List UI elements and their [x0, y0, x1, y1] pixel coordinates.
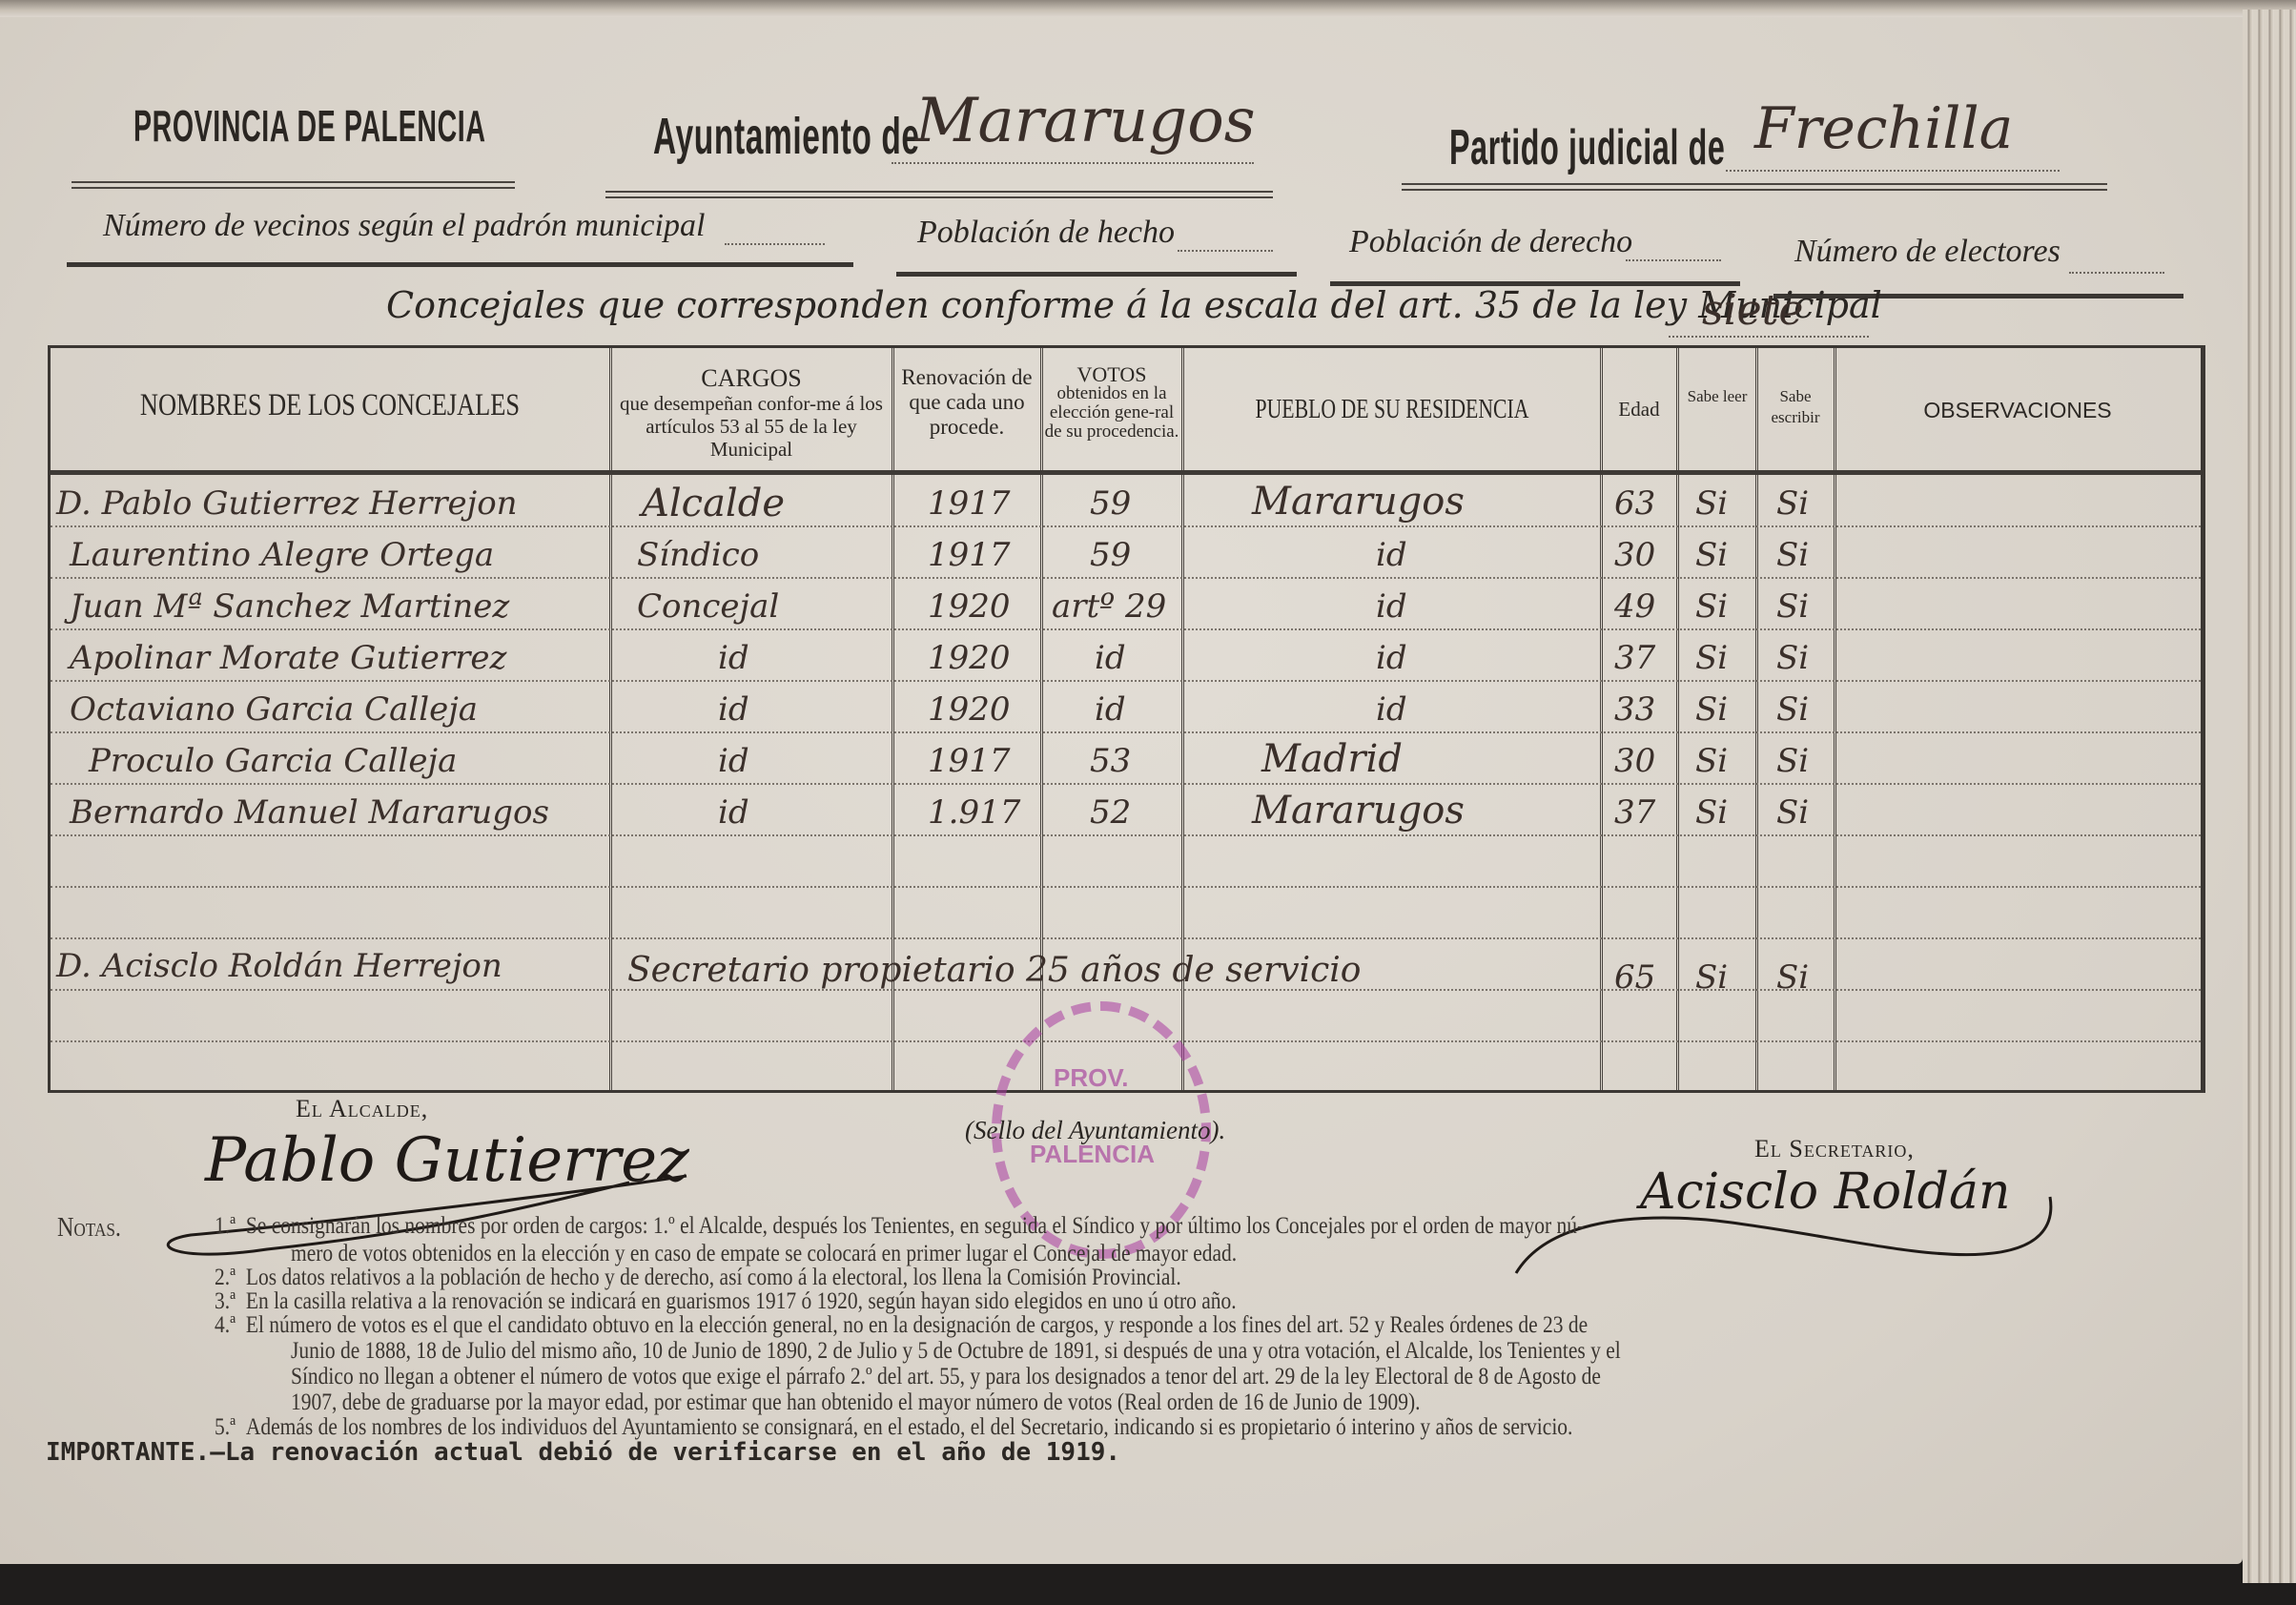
alcalde-label: El Alcalde, — [296, 1095, 428, 1123]
col-divider — [1834, 348, 1836, 1090]
header-edad: Edad — [1603, 398, 1675, 422]
cell-leer: Si — [1695, 690, 1728, 729]
electores-field — [2069, 272, 2164, 274]
row-line — [51, 731, 2201, 733]
sello-label: (Sello del Ayuntamiento). — [965, 1116, 1225, 1145]
cell-renovacion: 1.917 — [928, 793, 1020, 832]
ayuntamiento-underline — [605, 191, 1273, 198]
header-observaciones: OBSERVACIONES — [1836, 398, 2199, 423]
cell-edad: 30 — [1614, 742, 1655, 780]
vecinos-rule — [67, 262, 853, 267]
header-nombres: NOMBRES DE LOS CONCEJALES — [107, 388, 554, 423]
derecho-label: Población de derecho — [1349, 224, 1632, 260]
partido-value: Frechilla — [1754, 95, 2013, 162]
note-text: Además de los nombres de los individuos … — [246, 1414, 1573, 1440]
note-number: 3.ª — [215, 1288, 236, 1314]
note-line: 1907, debe de graduarse por la mayor eda… — [291, 1389, 1421, 1416]
concejales-value: siete — [1702, 286, 1803, 335]
cell-nombre: Laurentino Alegre Ortega — [70, 536, 494, 574]
note-number: 4.ª — [215, 1312, 236, 1338]
cell-secretario-leer: Si — [1695, 958, 1728, 997]
stamp-text-top: PROV. — [1054, 1063, 1129, 1093]
note-line: 1.ª Se consignarán los nombres por orden… — [215, 1213, 1584, 1240]
hecho-rule — [896, 272, 1297, 277]
note-text: En la casilla relativa a la renovación s… — [246, 1288, 1237, 1314]
province-underline — [72, 181, 515, 189]
cell-renovacion: 1917 — [928, 484, 1011, 523]
note-number: 1.ª — [215, 1213, 236, 1239]
header-leer: Sabe leer — [1679, 386, 1755, 407]
cell-votos: id — [1095, 639, 1126, 677]
cell-renovacion: 1920 — [928, 587, 1011, 626]
cell-votos: 59 — [1090, 536, 1131, 574]
row-line — [51, 577, 2201, 579]
cell-leer: Si — [1695, 484, 1728, 523]
cell-votos: 53 — [1090, 742, 1131, 780]
cell-secretario-escribir: Si — [1776, 958, 1809, 997]
important-label: IMPORTANTE. — [46, 1438, 210, 1467]
note-number: 5.ª — [215, 1414, 236, 1440]
col-divider — [1676, 348, 1679, 1090]
row-line — [51, 525, 2201, 527]
note-text: Los datos relativos a la población de he… — [246, 1265, 1181, 1290]
cell-renovacion: 1917 — [928, 742, 1011, 780]
ayuntamiento-dots — [892, 162, 1254, 164]
header-votos-title: VOTOS — [1044, 365, 1179, 384]
note-line: 5.ª Además de los nombres de los individ… — [215, 1414, 1572, 1441]
cell-leer: Si — [1695, 536, 1728, 574]
cell-secretario-texto: Secretario propietario 25 años de servic… — [627, 951, 1361, 990]
concejales-dots — [1669, 336, 1869, 338]
header-separator — [51, 470, 2201, 475]
cell-cargo: id — [718, 742, 749, 780]
note-line: Junio de 1888, 18 de Julio del mismo año… — [291, 1338, 1621, 1365]
cell-nombre: Bernardo Manuel Mararugos — [70, 793, 549, 832]
cell-escribir: Si — [1776, 690, 1809, 729]
vecinos-label: Número de vecinos según el padrón munici… — [103, 208, 705, 244]
cell-edad: 37 — [1614, 793, 1655, 832]
hecho-field — [1178, 250, 1273, 252]
cell-edad: 30 — [1614, 536, 1655, 574]
cell-nombre: Juan Mª Sanchez Martinez — [70, 587, 509, 626]
secretario-label: El Secretario, — [1754, 1135, 1915, 1163]
electores-label: Número de electores — [1794, 234, 2060, 270]
header-pueblo: PUEBLO DE SU RESIDENCIA — [1237, 394, 1548, 425]
cell-cargo: Alcalde — [642, 482, 785, 525]
row-line — [51, 886, 2201, 888]
ayuntamiento-value: Mararugos — [915, 86, 1256, 156]
cell-votos: artº 29 — [1052, 587, 1166, 626]
cell-votos: 59 — [1090, 484, 1131, 523]
cell-votos: 52 — [1090, 793, 1131, 832]
hecho-label: Población de hecho — [917, 215, 1175, 251]
important-note: IMPORTANTE.—La renovación actual debió d… — [46, 1438, 1120, 1467]
cell-cargo: Síndico — [637, 536, 759, 574]
row-line — [51, 834, 2201, 836]
cell-escribir: Si — [1776, 639, 1809, 677]
note-text: mero de votos obtenidos en la elección y… — [291, 1241, 1237, 1266]
cell-pueblo: id — [1376, 536, 1407, 574]
cell-edad: 33 — [1614, 690, 1655, 729]
cell-pueblo: id — [1376, 690, 1407, 729]
note-line: 4.ª El número de votos es el que el cand… — [215, 1312, 1588, 1339]
row-line — [51, 628, 2201, 630]
cell-nombre: Proculo Garcia Calleja — [89, 742, 457, 780]
cell-cargo: id — [718, 793, 749, 832]
page-top-edge — [0, 0, 2296, 17]
cell-pueblo: Mararugos — [1252, 480, 1465, 524]
cell-secretario-edad: 65 — [1614, 958, 1655, 997]
cell-leer: Si — [1695, 742, 1728, 780]
cell-cargo: Concejal — [637, 587, 779, 626]
col-divider — [609, 348, 612, 1090]
cell-renovacion: 1917 — [928, 536, 1011, 574]
header-votos: VOTOS obtenidos en la elección gene-ral … — [1044, 365, 1179, 442]
derecho-field — [1626, 259, 1721, 261]
row-line — [51, 680, 2201, 682]
cell-escribir: Si — [1776, 793, 1809, 832]
note-line: mero de votos obtenidos en la elección y… — [291, 1241, 1237, 1267]
partido-dots — [1726, 170, 2060, 172]
header-cargos-title: CARGOS — [613, 365, 890, 392]
cell-secretario-nombre: D. Acisclo Roldán Herrejon — [56, 947, 502, 985]
header-votos-sub: obtenidos en la elección gene-ral de su … — [1044, 384, 1179, 442]
page-stack-edge — [2243, 10, 2296, 1583]
concejales-table: NOMBRES DE LOS CONCEJALES CARGOS que des… — [48, 345, 2205, 1093]
header-cargos-sub: que desempeñan confor-me á los artículos… — [613, 392, 890, 461]
cell-edad: 37 — [1614, 639, 1655, 677]
row-line — [51, 937, 2201, 939]
cell-pueblo: id — [1376, 639, 1407, 677]
cell-escribir: Si — [1776, 536, 1809, 574]
cell-edad: 49 — [1614, 587, 1655, 626]
col-divider — [1600, 348, 1603, 1090]
note-number: 2.ª — [215, 1265, 236, 1290]
cell-edad: 63 — [1614, 484, 1655, 523]
secretario-flourish — [1507, 1187, 2079, 1283]
cell-escribir: Si — [1776, 742, 1809, 780]
header-renovacion: Renovación de que cada uno procede. — [895, 365, 1038, 440]
cell-leer: Si — [1695, 793, 1728, 832]
cell-leer: Si — [1695, 639, 1728, 677]
note-line: 2.ª Los datos relativos a la población d… — [215, 1265, 1181, 1291]
document-page: PROVINCIA DE PALENCIA Ayuntamiento de Ma… — [0, 0, 2243, 1564]
notes-label: Notas. — [57, 1213, 121, 1244]
cell-nombre: Octaviano Garcia Calleja — [70, 690, 478, 729]
note-text: Se consignarán los nombres por orden de … — [246, 1213, 1584, 1239]
note-text: 1907, debe de graduarse por la mayor eda… — [291, 1389, 1421, 1415]
row-line — [51, 783, 2201, 785]
header-cargos: CARGOS que desempeñan confor-me á los ar… — [613, 365, 890, 461]
important-text: —La renovación actual debió de verificar… — [210, 1438, 1120, 1467]
cell-renovacion: 1920 — [928, 690, 1011, 729]
note-text: Junio de 1888, 18 de Julio del mismo año… — [291, 1338, 1621, 1364]
cell-pueblo: Madrid — [1261, 737, 1403, 781]
note-line: 3.ª En la casilla relativa a la renovaci… — [215, 1288, 1237, 1315]
cell-nombre: D. Pablo Gutierrez Herrejon — [56, 484, 518, 523]
col-divider — [1755, 348, 1758, 1090]
partido-underline — [1402, 183, 2107, 191]
province-title: PROVINCIA DE PALENCIA — [133, 100, 486, 152]
concejales-label: Concejales que corresponden conforme á l… — [386, 284, 1882, 326]
note-text: Síndico no llegan a obtener el número de… — [291, 1364, 1601, 1389]
cell-cargo: id — [718, 690, 749, 729]
ayuntamiento-label: Ayuntamiento de — [653, 107, 920, 166]
cell-leer: Si — [1695, 587, 1728, 626]
cell-renovacion: 1920 — [928, 639, 1011, 677]
cell-pueblo: id — [1376, 587, 1407, 626]
partido-label: Partido judicial de — [1449, 119, 1725, 176]
cell-cargo: id — [718, 639, 749, 677]
note-text: El número de votos es el que el candidat… — [246, 1312, 1588, 1338]
vecinos-field — [725, 243, 825, 245]
cell-escribir: Si — [1776, 587, 1809, 626]
note-line: Síndico no llegan a obtener el número de… — [291, 1364, 1601, 1390]
cell-escribir: Si — [1776, 484, 1809, 523]
cell-pueblo: Mararugos — [1252, 789, 1465, 833]
cell-nombre: Apolinar Morate Gutierrez — [70, 639, 506, 677]
cell-votos: id — [1095, 690, 1126, 729]
header-escribir: Sabe escribir — [1758, 386, 1833, 428]
